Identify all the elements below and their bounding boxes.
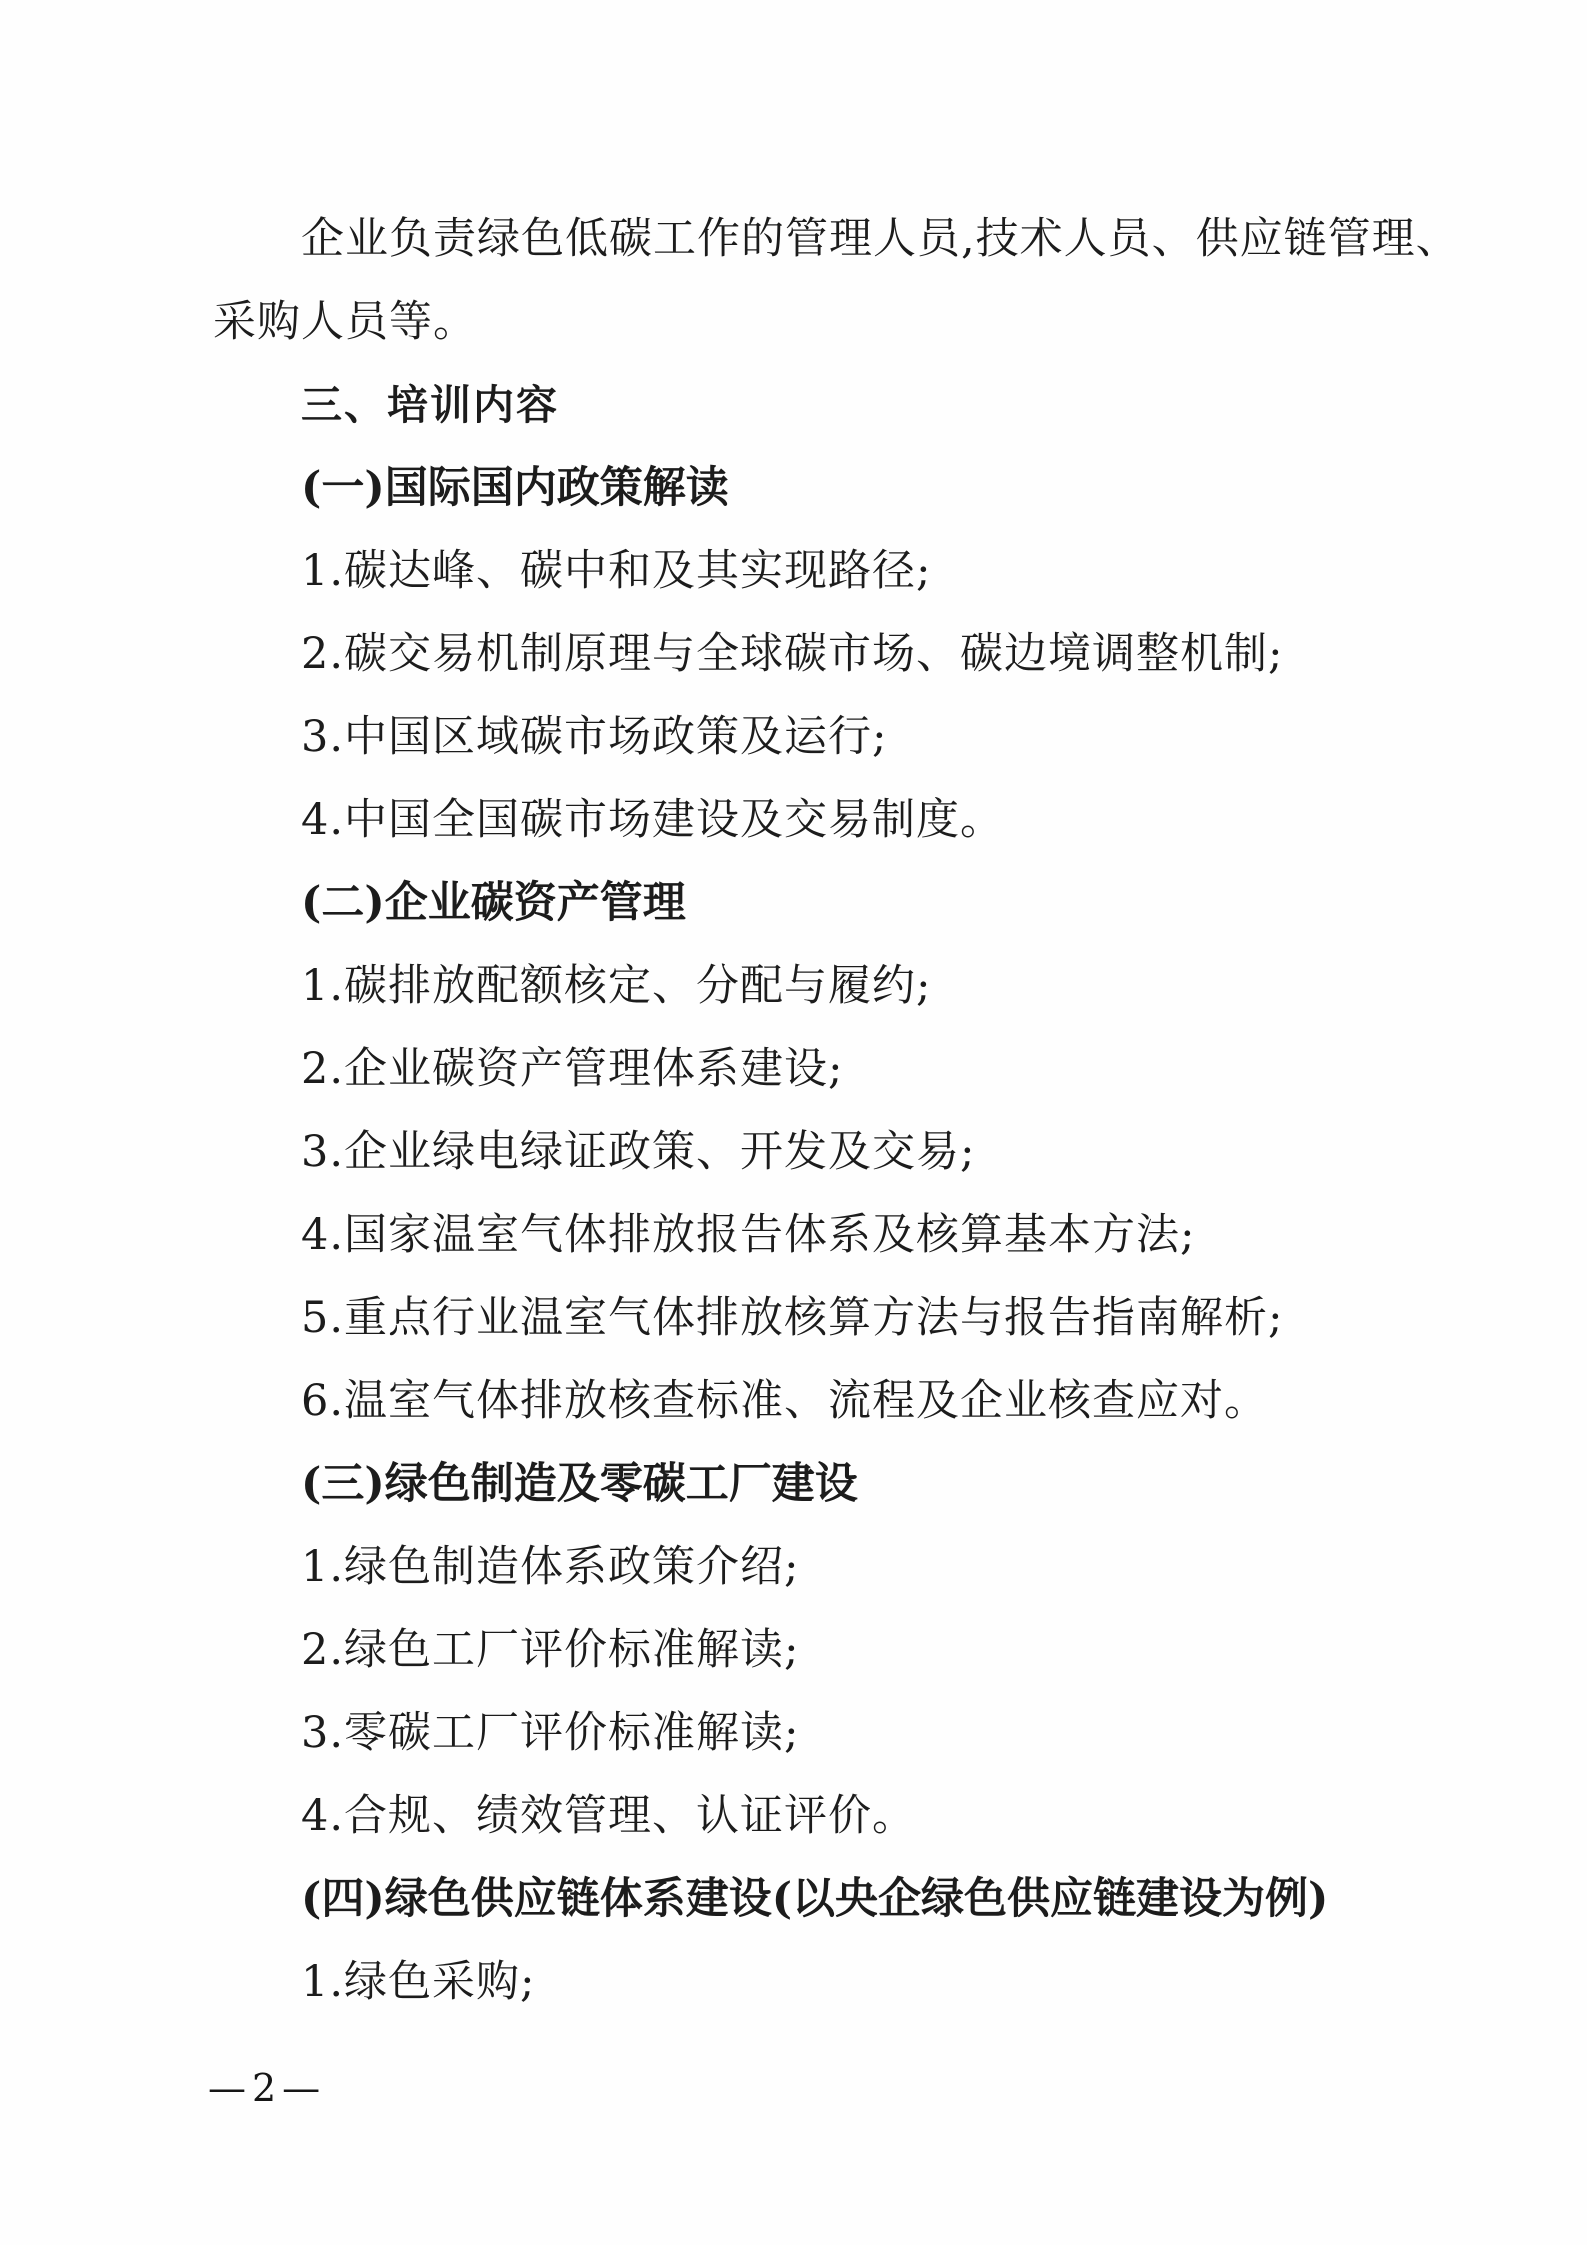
subsection-heading-3: (三)绿色制造及零碳工厂建设: [213, 1443, 1463, 1526]
intro-paragraph-line-2: 采购人员等。: [213, 281, 1463, 364]
document-page: 企业负责绿色低碳工作的管理人员,技术人员、供应链管理、 采购人员等。 三、培训内…: [0, 0, 1587, 2245]
list-item: 1.碳排放配额核定、分配与履约;: [213, 945, 1463, 1028]
document-body: 企业负责绿色低碳工作的管理人员,技术人员、供应链管理、 采购人员等。 三、培训内…: [213, 198, 1463, 2024]
intro-paragraph-line-1: 企业负责绿色低碳工作的管理人员,技术人员、供应链管理、: [213, 198, 1463, 281]
subsection-heading-2: (二)企业碳资产管理: [213, 862, 1463, 945]
list-item: 3.中国区域碳市场政策及运行;: [213, 696, 1463, 779]
list-item: 3.企业绿电绿证政策、开发及交易;: [213, 1111, 1463, 1194]
list-item: 5.重点行业温室气体排放核算方法与报告指南解析;: [213, 1277, 1463, 1360]
subsection-heading-1: (一)国际国内政策解读: [213, 447, 1463, 530]
subsection-heading-4: (四)绿色供应链体系建设(以央企绿色供应链建设为例): [213, 1858, 1463, 1941]
list-item: 4.国家温室气体排放报告体系及核算基本方法;: [213, 1194, 1463, 1277]
page-number: —2—: [208, 2066, 326, 2110]
list-item: 4.合规、绩效管理、认证评价。: [213, 1775, 1463, 1858]
list-item: 3.零碳工厂评价标准解读;: [213, 1692, 1463, 1775]
main-heading: 三、培训内容: [213, 364, 1463, 447]
list-item: 1.绿色制造体系政策介绍;: [213, 1526, 1463, 1609]
list-item: 4.中国全国碳市场建设及交易制度。: [213, 779, 1463, 862]
list-item: 6.温室气体排放核查标准、流程及企业核查应对。: [213, 1360, 1463, 1443]
list-item: 2.碳交易机制原理与全球碳市场、碳边境调整机制;: [213, 613, 1463, 696]
list-item: 2.绿色工厂评价标准解读;: [213, 1609, 1463, 1692]
list-item: 1.绿色采购;: [213, 1941, 1463, 2024]
list-item: 2.企业碳资产管理体系建设;: [213, 1028, 1463, 1111]
list-item: 1.碳达峰、碳中和及其实现路径;: [213, 530, 1463, 613]
